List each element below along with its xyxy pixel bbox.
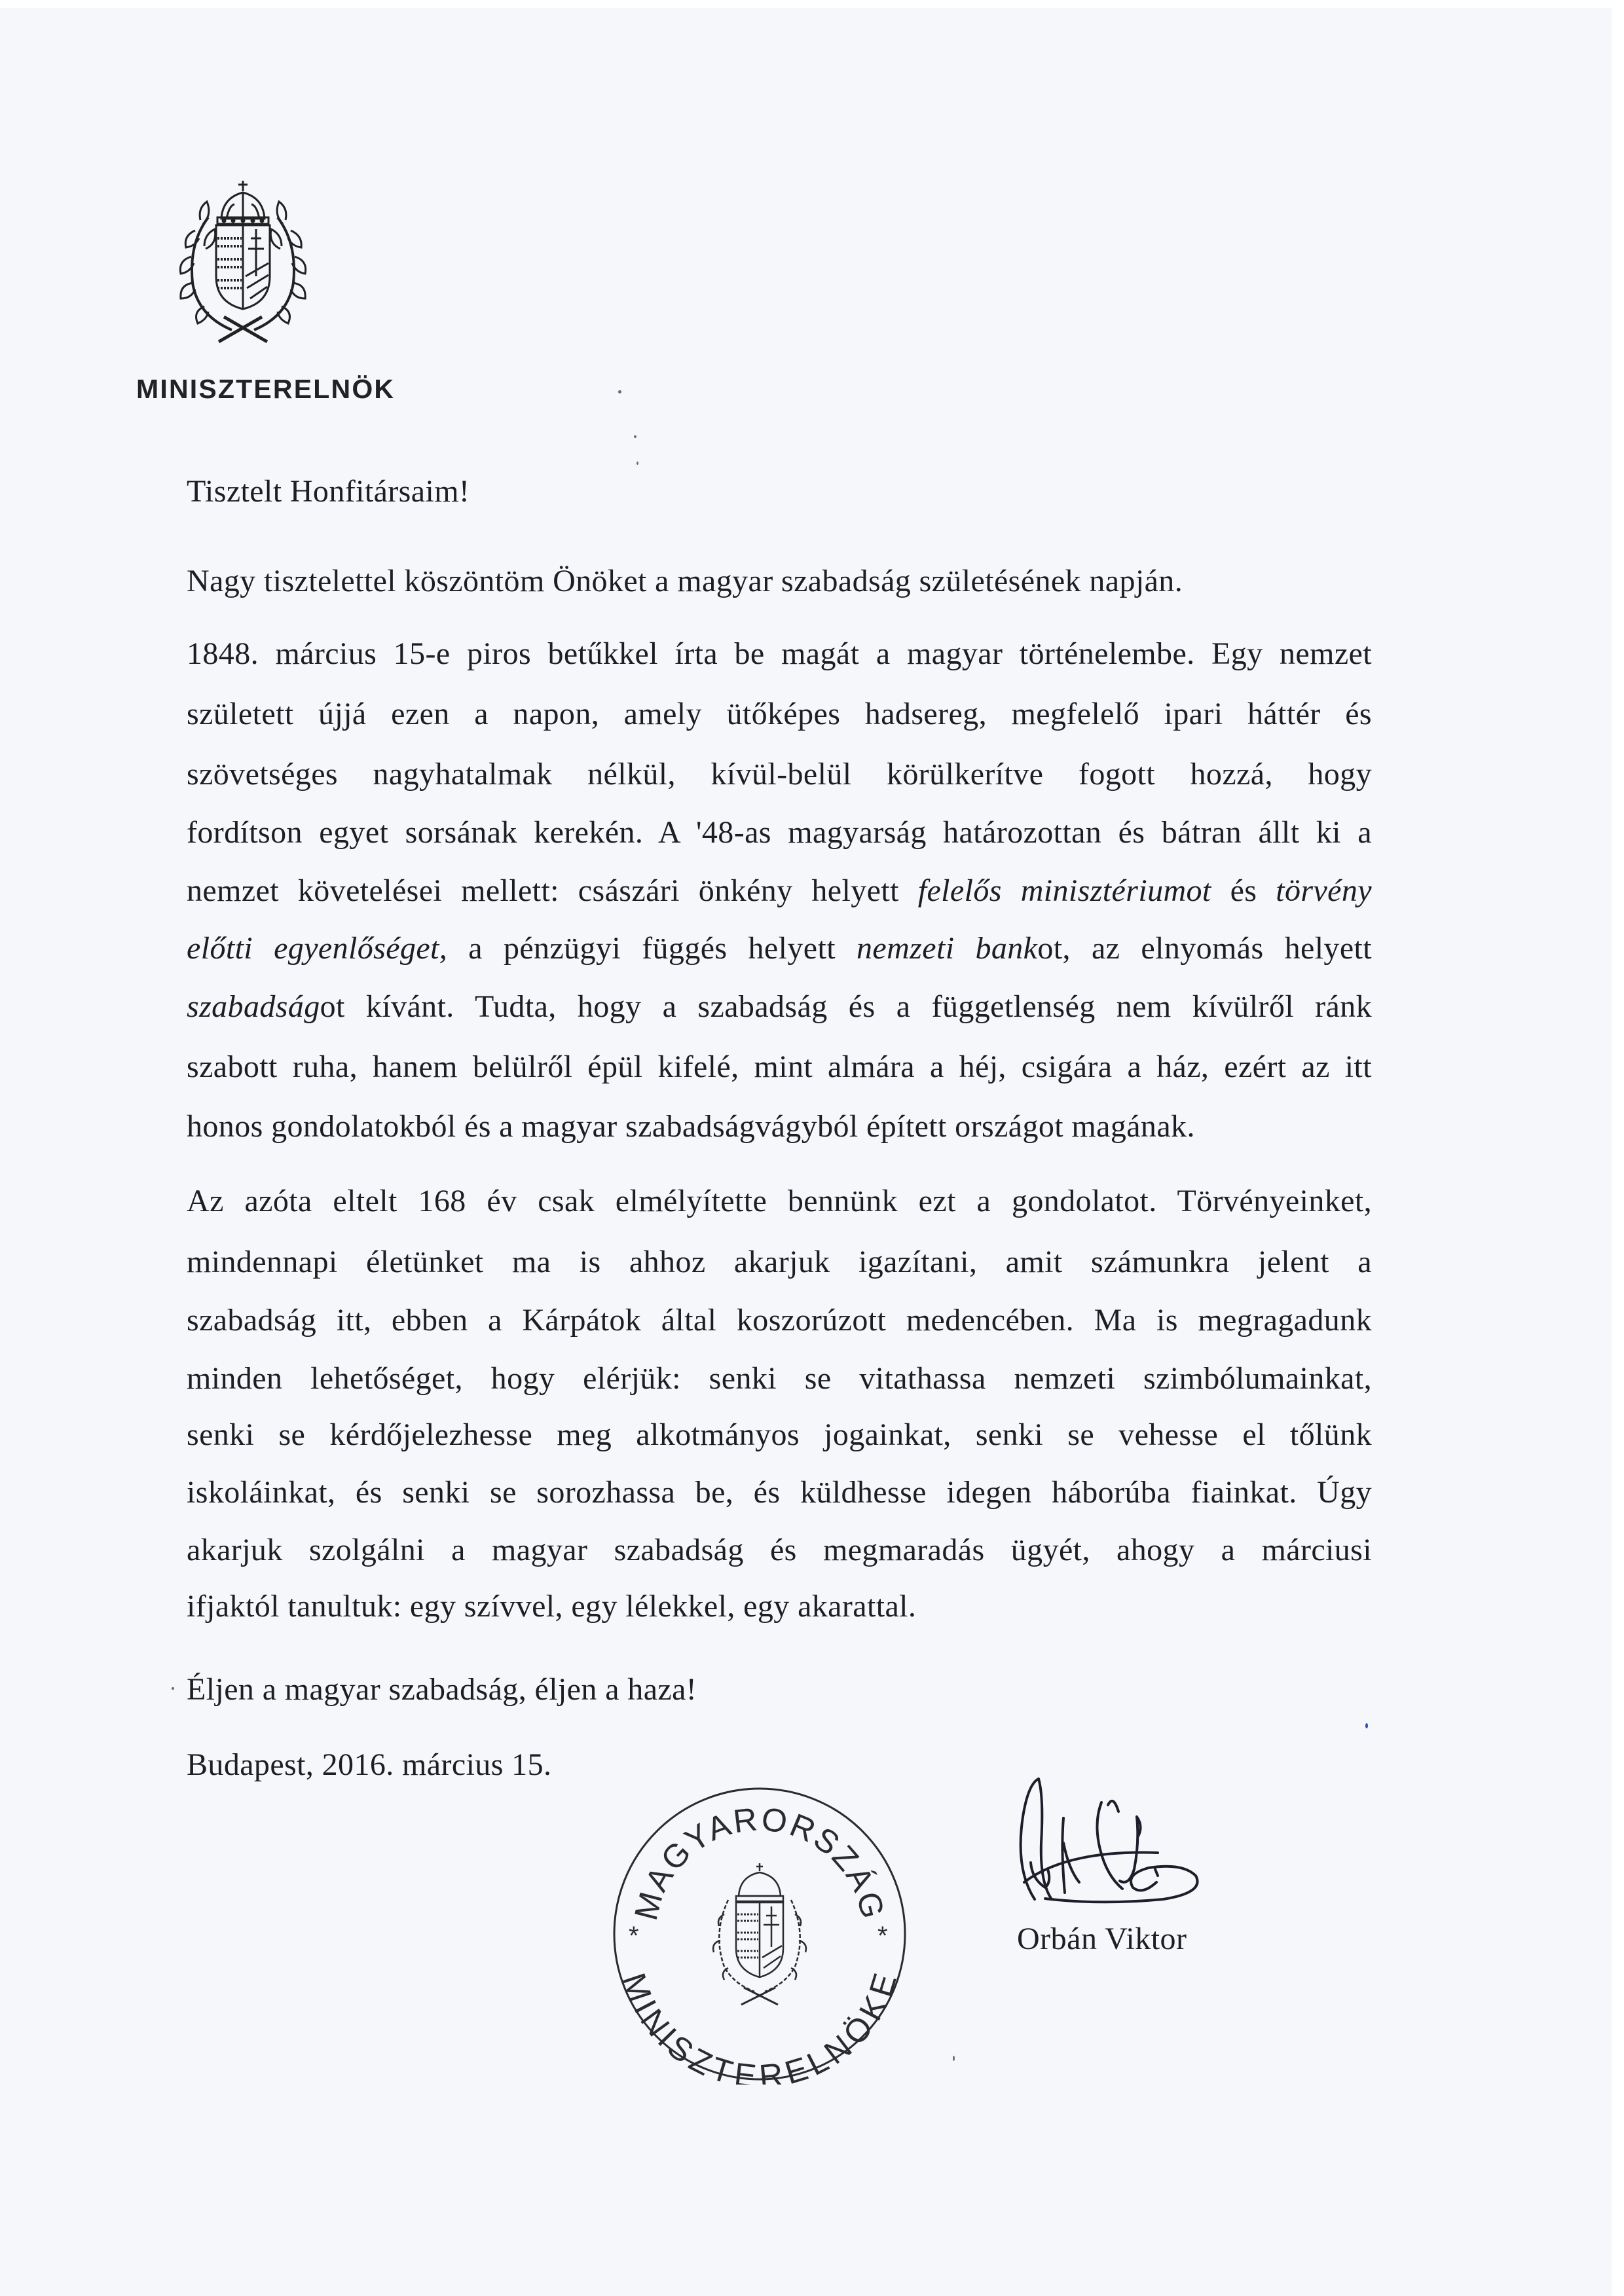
text-segment: ot, az elnyomás helyett: [1037, 931, 1372, 966]
closing-line: Éljen a magyar szabadság, éljen a haza!: [187, 1674, 1372, 1705]
paragraph-line: minden lehetőséget, hogy elérjük: senki …: [187, 1363, 1372, 1394]
paragraph-line: 1848. március 15-e piros betűkkel írta b…: [187, 638, 1372, 670]
office-title: MINISZTERELNÖK: [136, 373, 395, 405]
paragraph-line: Az azóta eltelt 168 év csak elmélyítette…: [187, 1186, 1372, 1217]
emphasis-segment: nemzeti bank: [857, 931, 1037, 966]
scan-speck: [1365, 1723, 1368, 1728]
scan-speck: [172, 1687, 174, 1690]
paragraph-line: szövetséges nagyhatalmak nélkül, kívül-b…: [187, 759, 1372, 790]
svg-text:MINISZTERELNÖKE: MINISZTERELNÖKE: [616, 1969, 904, 2085]
paragraph-line: szabadság itt, ebben a Kárpátok által ko…: [187, 1305, 1372, 1336]
seal-coat-of-arms-icon: [713, 1863, 806, 2005]
scan-speck: [618, 390, 621, 393]
scan-speck: [953, 2056, 955, 2061]
signer-name: Orbán Viktor: [1017, 1923, 1187, 1955]
emphasis-segment: törvény: [1276, 873, 1372, 908]
paragraph-line: akarjuk szolgálni a magyar szabadság és …: [187, 1535, 1372, 1566]
emphasis-segment: felelős minisztériumot: [918, 873, 1211, 908]
paragraph-line: nemzet követelései mellett: császári önk…: [187, 875, 1372, 907]
scan-speck: [637, 462, 638, 465]
paragraph-line: előtti egyenlőséget, a pénzügyi függés h…: [187, 933, 1372, 964]
handwritten-signature-icon: [1008, 1771, 1211, 1908]
seal-star-right: *: [877, 1922, 888, 1950]
paragraph-line: szabott ruha, hanem belülről épül kifelé…: [187, 1051, 1372, 1083]
paragraph-line: iskoláinkat, és senki se sorozhassa be, …: [187, 1477, 1372, 1508]
coat-of-arms-icon: [169, 178, 317, 346]
paragraph-line: szabadságot kívánt. Tudta, hogy a szabad…: [187, 991, 1372, 1023]
paragraph-line: senki se kérdőjelezhesse meg alkotmányos…: [187, 1419, 1372, 1451]
paragraph-line: ifjaktól tanultuk: egy szívvel, egy léle…: [187, 1591, 1372, 1622]
seal-star-left: *: [629, 1922, 639, 1950]
paragraph-line: fordítson egyet sorsának kerekén. A '48-…: [187, 817, 1372, 848]
paragraph-line: született újjá ezen a napon, amely ütőké…: [187, 699, 1372, 730]
greeting-line: Nagy tisztelettel köszöntöm Önöket a mag…: [187, 566, 1372, 597]
paragraph-line: mindennapi életünket ma is ahhoz akarjuk…: [187, 1247, 1372, 1278]
salutation: Tisztelt Honfitársaim!: [187, 476, 1372, 507]
text-segment: és: [1211, 873, 1276, 908]
text-segment: ot kívánt. Tudta, hogy a szabadság és a …: [320, 989, 1372, 1024]
text-segment: nemzet követelései mellett: császári önk…: [187, 873, 918, 908]
text-segment: a pénzügyi függés helyett: [447, 931, 857, 966]
official-seal-icon: MAGYARORSZÁG MINISZTERELNÖKE * *: [609, 1783, 910, 2085]
emphasis-segment: előtti egyenlőséget,: [187, 931, 447, 966]
paragraph-line: honos gondolatokból és a magyar szabadsá…: [187, 1111, 1372, 1142]
scan-speck: [634, 435, 637, 438]
seal-bottom-text: MINISZTERELNÖKE: [616, 1969, 904, 2085]
emphasis-segment: szabadság: [187, 989, 320, 1024]
